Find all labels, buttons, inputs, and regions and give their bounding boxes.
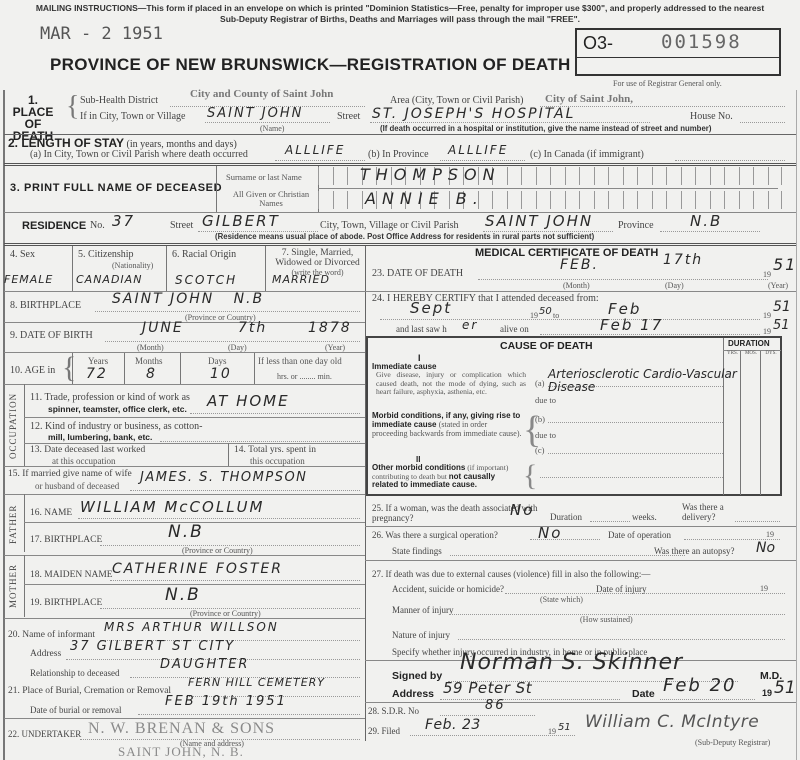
nature-label: Nature of injury [392,630,450,640]
operation-date-label: Date of operation [608,530,671,540]
citizenship-hint: (Nationality) [112,261,153,270]
to-label: to [553,311,559,320]
dod-day-hint: (Day) [665,281,684,290]
duration-mos: MOS. [741,351,761,356]
house-no-label: House No. [690,111,733,122]
alive-year-prefix: 19 [763,327,771,336]
due-to-2: due to [535,430,556,440]
birthplace-label: 8. BIRTHPLACE [10,300,81,311]
duration-yrs: YRS. [724,351,741,356]
operation-year-prefix: 19 [766,530,774,539]
informant-name-value: MRS ARTHUR WILLSON [104,620,279,634]
residence-city-label: City, Town, Village or Civil Parish [320,220,459,231]
cause-c-label: (c) [535,445,544,455]
citizenship-value: CANADIAN [76,273,142,286]
given-names-value: ANNIE B. [365,189,484,208]
dob-month: JUNE [142,320,184,336]
residence-label: RESIDENCE [22,220,86,232]
cause-of-death-title: CAUSE OF DEATH [500,340,593,352]
dob-day-hint: (Day) [228,343,247,352]
undertaker-label: 22. UNDERTAKER [8,729,81,739]
dob-label: 9. DATE OF BIRTH [10,330,93,341]
dod-month: FEB. [560,257,599,273]
how-sustained-hint: (How sustained) [580,615,633,624]
relationship-label: Relationship to deceased [30,668,119,678]
stay-province-value: ALLLIFE [448,143,508,157]
q12-label: 12. Kind of industry or business, as cot… [30,421,203,432]
certify-label: 24. I HEREBY CERTIFY that I attended dec… [372,293,599,304]
signature-date-value: Feb 20 [663,675,736,696]
morbid-conditions-title: Morbid conditions, if any, giving rise t… [372,411,522,438]
last-saw-label: and last saw h [396,324,447,334]
undertaker-address: SAINT JOHN, N. B. [118,744,244,760]
dob-month-hint: (Month) [137,343,164,352]
alive-year: 51 [773,318,790,333]
dob-year: 1878 [308,320,352,336]
given-names-label: All Given or Christian Names [226,190,316,208]
weeks-label: weeks. [632,512,657,522]
residence-no-value: 37 [112,212,135,230]
from-year-prefix: 19 [530,311,538,320]
residence-note: (Residence means usual place of abode. P… [215,232,594,241]
delivery-label: Was there a delivery? [682,502,752,522]
age-label: 10. AGE in [10,365,55,376]
citizenship-label: 5. Citizenship [78,249,134,260]
findings-label: State findings [392,546,442,556]
dod-month-hint: (Month) [563,281,590,290]
residence-no-label: No. [90,220,105,231]
autopsy-value: No [756,540,775,556]
name-hint: (Name) [260,124,284,133]
injury-year-prefix: 19 [760,584,768,593]
sub-health-district-label: Sub-Health District [80,95,158,106]
spouse-label: 15. If married give name of wife [8,469,132,479]
received-date-stamp: MAR - 2 1951 [40,24,163,44]
injury-date-label: Date of injury [596,584,646,594]
city-town-village-value: SAINT JOHN [207,106,303,121]
other-morbid-conditions: Other morbid conditions (if important) c… [372,464,522,490]
filed-value: Feb. 23 [425,717,481,733]
q25-value: No [510,501,534,519]
filed-year: 51 [558,722,571,733]
age-months-label: Months [135,356,163,366]
age-days-label: Days [208,356,227,366]
duration-title: DURATION [728,339,770,348]
q13-hint: at this occupation [52,456,115,466]
father-name-value: WILLIAM McCOLLUM [80,498,264,516]
autopsy-label: Was there an autopsy? [654,546,735,556]
q14-hint: this occupation [250,456,305,466]
duration-columns: YRS. MOS. DYS. [724,351,782,356]
registrar-signature: William C. McIntyre [585,712,759,732]
length-of-stay-label: 2. LENGTH OF STAY [8,136,124,150]
surname-value: THOMPSON [360,165,501,184]
q11-hint: spinner, teamster, office clerk, etc. [48,404,187,414]
occupation-side-label: OCCUPATION [8,390,18,462]
mother-name-value: CATHERINE FOSTER [112,561,283,577]
father-birthplace-value: N.B [168,522,204,542]
q27-label: 27. If death was due to external causes … [372,569,650,579]
registration-number: 001598 [661,31,742,53]
residence-street-value: GILBERT [202,212,280,230]
alive-on-label: alive on [500,324,529,334]
age-years-value: 72 [86,366,108,382]
mother-birthplace-hint: (Province or Country) [190,609,261,618]
residence-street-label: Street [170,220,193,231]
residence-province-value: N.B [690,212,722,230]
q11-value: AT HOME [207,392,290,410]
age-years-label: Years [88,356,108,366]
stay-city-label: (a) In City, Town or Civil Parish where … [30,149,248,160]
birthplace-value: SAINT JOHN N.B [112,291,264,307]
stay-province-label: (b) In Province [368,149,429,160]
sex-value: FEMALE [4,273,53,286]
stay-canada-label: (c) In Canada (if immigrant) [530,149,644,160]
father-birthplace-hint: (Province or Country) [182,546,253,555]
residence-city-value: SAINT JOHN [485,212,593,230]
dob-year-hint: (Year) [325,343,345,352]
cause-a-label: (a) [535,378,544,388]
mother-side-label: MOTHER [8,560,18,612]
racial-origin-value: SCOTCH [175,273,237,287]
signature-address-value: 59 Peter St [443,679,532,697]
racial-origin-label: 6. Racial Origin [172,249,236,260]
street-label: Street [337,111,360,122]
signature-date-label: Date [632,688,655,700]
age-months-value: 8 [146,366,157,382]
sex-label: 4. Sex [10,249,35,260]
state-which-hint: (State which) [540,595,583,604]
page-title: PROVINCE OF NEW BRUNSWICK—REGISTRATION O… [50,55,571,75]
q13-label: 13. Date deceased last worked [30,445,145,455]
street-value: ST. JOSEPH'S HOSPITAL [372,106,575,122]
registrar-note: For use of Registrar General only. [613,79,722,88]
burial-place-label: 21. Place of Burial, Cremation or Remova… [8,686,171,696]
mailing-instructions: MAILING INSTRUCTIONS—This form if placed… [0,3,800,25]
surname-label: Surname or last Name [226,172,302,182]
stay-city-value: ALLLIFE [285,143,345,157]
marital-status-value: MARRIED [272,273,330,286]
burial-date-label: Date of burial or removal [30,705,121,715]
residence-province-label: Province [618,220,654,231]
accident-label: Accident, suicide or homicide? [392,584,504,594]
mother-birthplace-label: 19. BIRTHPLACE [30,598,102,608]
pregnancy-duration-label: Duration [550,512,582,522]
father-name-label: 16. NAME [30,508,72,518]
undertaker-name: N. W. BRENAN & SONS [88,720,275,738]
cause-b-label: (b) [535,414,545,424]
mother-birthplace-value: N.B [165,585,201,605]
due-to-1: due to [535,395,556,405]
relationship-value: DAUGHTER [160,657,249,672]
father-birthplace-label: 17. BIRTHPLACE [30,535,102,545]
from-year: 50 [539,306,552,317]
registration-number-box: O3- 001598 [575,28,781,76]
cause-a-value: Arteriosclerotic Cardio-Vascular Disease [548,368,748,394]
sdr-value: 86 [485,698,506,713]
to-year: 51 [773,299,791,315]
sdr-label: 28. S.D.R. No [368,706,419,716]
signed-by-value: Norman S. Skinner [460,650,683,675]
hrs-min-label: hrs. or ........ min. [277,372,332,381]
immediate-cause-hint: Give disease, injury or complication whi… [376,371,526,397]
q11-label: 11. Trade, profession or kind of work as [30,392,190,403]
informant-address-label: Address [30,649,61,659]
filed-label: 29. Filed [368,726,400,736]
burial-place-value: FERN HILL CEMETERY [188,676,325,689]
mother-name-label: 18. MAIDEN NAME [30,570,113,580]
attended-from: Sept [410,299,452,317]
area-value: City of Saint John, [545,93,633,105]
q12-hint: mill, lumbering, bank, etc. [48,432,152,442]
signed-by-label: Signed by [392,670,442,682]
burial-date-value: FEB 19th 1951 [165,694,287,709]
signature-address-label: Address [392,688,434,700]
q14-label: 14. Total yrs. spent in [234,445,316,455]
sub-health-district-value: City and County of Saint John [190,88,333,100]
signature-year-value: 51 [774,678,796,698]
hospital-note: (If death occurred in a hospital or inst… [380,124,711,133]
father-side-label: FATHER [8,500,18,548]
date-of-death-label: 23. DATE OF DEATH [372,268,463,279]
registration-prefix: O3- [583,33,613,54]
dod-year-prefix: 19 [763,270,771,279]
age-days-value: 10 [210,366,232,382]
dod-year: 51 [773,255,797,274]
last-saw-value: er [462,318,478,332]
to-year-prefix: 19 [763,311,771,320]
spouse-hint: or husband of deceased [35,481,119,491]
less-than-day-label: If less than one day old [258,356,342,366]
informant-address-value: 37 GILBERT ST CITY [70,639,235,654]
dod-year-hint: (Year) [768,281,788,290]
full-name-label: 3. PRINT FULL NAME OF DECEASED [10,182,222,194]
filed-year-prefix: 19 [548,727,556,736]
q26-value: No [538,524,562,542]
mailing-instructions-title: MAILING INSTRUCTIONS [36,3,138,13]
duration-dys: DYS. [761,351,781,356]
dod-day: 17th [663,252,703,268]
registrar-hint: (Sub-Deputy Registrar) [695,738,770,747]
city-town-village-label: If in City, Town or Village [80,111,185,122]
manner-label: Manner of injury [392,605,453,615]
q26-label: 26. Was there a surgical operation? [372,530,498,540]
alive-on-value: Feb 17 [600,316,663,334]
spouse-value: JAMES. S. THOMPSON [140,470,307,485]
signature-year-prefix: 19 [762,688,772,698]
area-label: Area (City, Town or Civil Parish) [390,95,523,106]
dob-day: 7th [238,320,267,336]
